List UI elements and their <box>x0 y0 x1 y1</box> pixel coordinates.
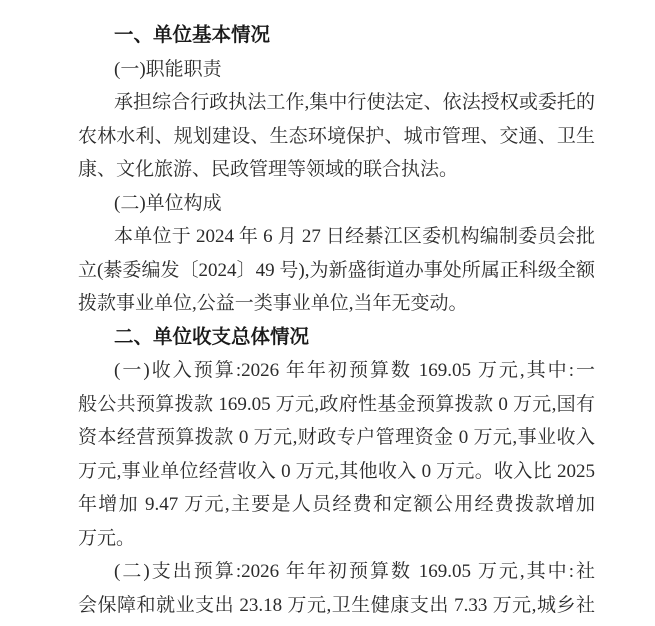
paragraph-line: 万元,事业单位经营收入 0 万元,其他收入 0 万元。收入比 2025 <box>78 455 595 489</box>
paragraph-line: 康、文化旅游、民政管理等领域的联合执法。 <box>78 153 595 187</box>
subsection-heading-1-1: (一)职能职责 <box>78 53 595 87</box>
paragraph-line: 会保障和就业支出 23.18 万元,卫生健康支出 7.33 万元,城乡社区 <box>78 589 595 623</box>
document-text-block: 一、单位基本情况 (一)职能职责 承担综合行政执法工作,集中行使法定、依法授权或… <box>78 19 595 622</box>
paragraph-line: 承担综合行政执法工作,集中行使法定、依法授权或委托的 <box>78 86 595 120</box>
paragraph-line: 农林水利、规划建设、生态环境保护、城市管理、交通、卫生健 <box>78 120 595 154</box>
paragraph-line: 立(綦委编发〔2024〕49 号),为新盛街道办事处所属正科级全额 <box>78 254 595 288</box>
document-page: 一、单位基本情况 (一)职能职责 承担综合行政执法工作,集中行使法定、依法授权或… <box>0 0 655 626</box>
paragraph-line: 万元。 <box>78 522 595 556</box>
subsection-heading-1-2: (二)单位构成 <box>78 187 595 221</box>
paragraph-line: 资本经营预算拨款 0 万元,财政专户管理资金 0 万元,事业收入 0 <box>78 421 595 455</box>
paragraph-line: 拨款事业单位,公益一类事业单位,当年无变动。 <box>78 287 595 321</box>
paragraph-line: 般公共预算拨款 169.05 万元,政府性基金预算拨款 0 万元,国有 <box>78 388 595 422</box>
paragraph-line: 本单位于 2024 年 6 月 27 日经綦江区委机构编制委员会批准设 <box>78 220 595 254</box>
section-heading-1: 一、单位基本情况 <box>78 19 595 53</box>
paragraph-line: 年增加 9.47 万元,主要是人员经费和定额公用经费拨款增加 9.47 <box>78 488 595 522</box>
paragraph-line: (一)收入预算:2026 年年初预算数 169.05 万元,其中:一 <box>78 354 595 388</box>
section-heading-2: 二、单位收支总体情况 <box>78 321 595 355</box>
paragraph-line: (二)支出预算:2026 年年初预算数 169.05 万元,其中:社 <box>78 555 595 589</box>
